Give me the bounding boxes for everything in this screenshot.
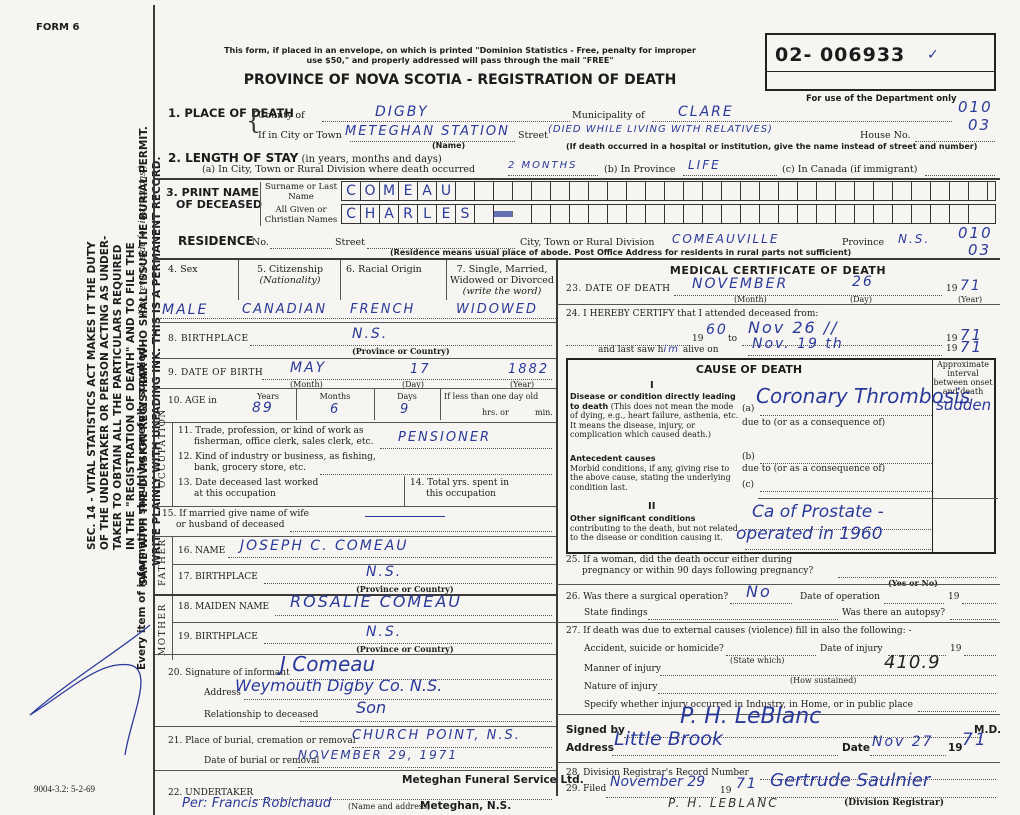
undertaker-signature[interactable]: Per: Francis Robichaud: [182, 796, 331, 811]
father-name-value[interactable]: JOSEPH C. COMEAU: [240, 538, 409, 554]
last-saw-year[interactable]: 71: [960, 338, 983, 356]
given-name-grid[interactable]: CHARLES: [341, 204, 996, 224]
age-years-value[interactable]: 89: [252, 400, 274, 416]
dob-year-value[interactable]: 1882: [508, 362, 549, 377]
other-condition-line-2[interactable]: operated in 1960: [736, 524, 883, 544]
age-months-value[interactable]: 6: [330, 402, 340, 417]
dob-month-value[interactable]: MAY: [290, 360, 326, 376]
death-day-value[interactable]: 26: [852, 274, 874, 290]
length-of-stay-label: 2. LENGTH OF STAY (in years, months and …: [168, 151, 442, 165]
death-month-value[interactable]: NOVEMBER: [692, 276, 788, 292]
filed-date-value[interactable]: November 29: [610, 774, 705, 790]
race-value[interactable]: FRENCH: [350, 302, 415, 317]
page-title: PROVINCE OF NOVA SCOTIA - REGISTRATION O…: [160, 72, 760, 88]
burial-date-value[interactable]: NOVEMBER 29, 1971: [298, 748, 458, 762]
residence-province-value[interactable]: N.S.: [898, 232, 930, 246]
county-value[interactable]: DIGBY: [375, 104, 429, 120]
informant-signature[interactable]: J Comeau: [280, 652, 375, 676]
informant-address-value[interactable]: Weymouth Digby Co. N.S.: [235, 676, 442, 695]
signature-scrawl-icon: [10, 620, 160, 760]
attend-to-value[interactable]: Nov 26 //: [748, 318, 839, 337]
notice-line-1: This form, if placed in an envelope, on …: [160, 46, 760, 55]
stay-province-value[interactable]: LIFE: [688, 158, 721, 172]
dept-code-place-2: 03: [968, 116, 991, 134]
registration-number: 02- 006933: [775, 44, 905, 66]
physician-signature[interactable]: P. H. LeBlanc: [680, 704, 821, 729]
death-year-value[interactable]: 71: [960, 278, 982, 294]
registrar-signature[interactable]: Gertrude Saulnier: [770, 770, 930, 791]
other-condition-line-1[interactable]: Ca of Prostate -: [752, 502, 884, 522]
dept-note: For use of the Department only: [806, 94, 957, 104]
signed-year-value[interactable]: 71: [962, 730, 988, 750]
informant-relationship-value[interactable]: Son: [356, 698, 386, 717]
registration-box: 02- 006933 ✓: [765, 33, 996, 91]
attend-from-value[interactable]: 60: [706, 322, 728, 338]
marital-value[interactable]: WIDOWED: [456, 302, 538, 317]
notice-line-2: use $50," and properly addressed will pa…: [160, 56, 760, 65]
wife-dash: [365, 516, 445, 517]
residence-city-value[interactable]: COMEAUVILLE: [672, 232, 779, 246]
citizenship-value[interactable]: CANADIAN: [242, 302, 327, 317]
stay-city-value[interactable]: 2 MONTHS: [508, 160, 578, 171]
last-saw-date-value[interactable]: Nov. 19 th: [752, 336, 844, 352]
occupation-value[interactable]: PENSIONER: [398, 430, 491, 445]
undertaker-address: Meteghan, N.S.: [420, 800, 511, 812]
surgery-value[interactable]: No: [746, 582, 772, 601]
mother-maiden-value[interactable]: ROSALIE COMEAU: [290, 592, 462, 611]
father-birthplace-value[interactable]: N.S.: [366, 564, 402, 580]
city-value[interactable]: METEGHAN STATION: [345, 124, 510, 139]
undertaker-name: Meteghan Funeral Service Ltd.: [402, 774, 584, 786]
form-code: 9004-3.2: 5-2-69: [34, 784, 95, 794]
age-days-value[interactable]: 9: [400, 402, 410, 417]
check-mark-icon: ✓: [927, 47, 941, 63]
filed-year-value[interactable]: 71: [736, 776, 758, 792]
surname-grid[interactable]: COMEAU: [341, 181, 996, 201]
municipality-value[interactable]: CLARE: [678, 104, 734, 120]
print-name-label: 3. PRINT NAMEOF DECEASED: [166, 187, 262, 211]
side-see-reverse: (See reverse side for instructions.): [136, 165, 148, 316]
dept-code-place: 010: [958, 98, 993, 116]
street-value[interactable]: (DIED WHILE LIVING WITH RELATIVES): [548, 124, 773, 135]
registrar-printed-name: P. H. LEBLANC: [668, 796, 779, 810]
classification-code: 410.9: [884, 652, 941, 673]
dob-day-value[interactable]: 17: [410, 362, 431, 377]
physician-address-value[interactable]: Little Brook: [614, 728, 723, 750]
mother-birthplace-value[interactable]: N.S.: [366, 624, 402, 640]
cause-a-interval[interactable]: sudden: [936, 396, 991, 414]
birthplace-value[interactable]: N.S.: [352, 326, 388, 342]
form-label: FORM 6: [36, 22, 79, 33]
signed-date-value[interactable]: Nov 27: [872, 734, 934, 750]
sex-value[interactable]: MALE: [162, 302, 208, 318]
